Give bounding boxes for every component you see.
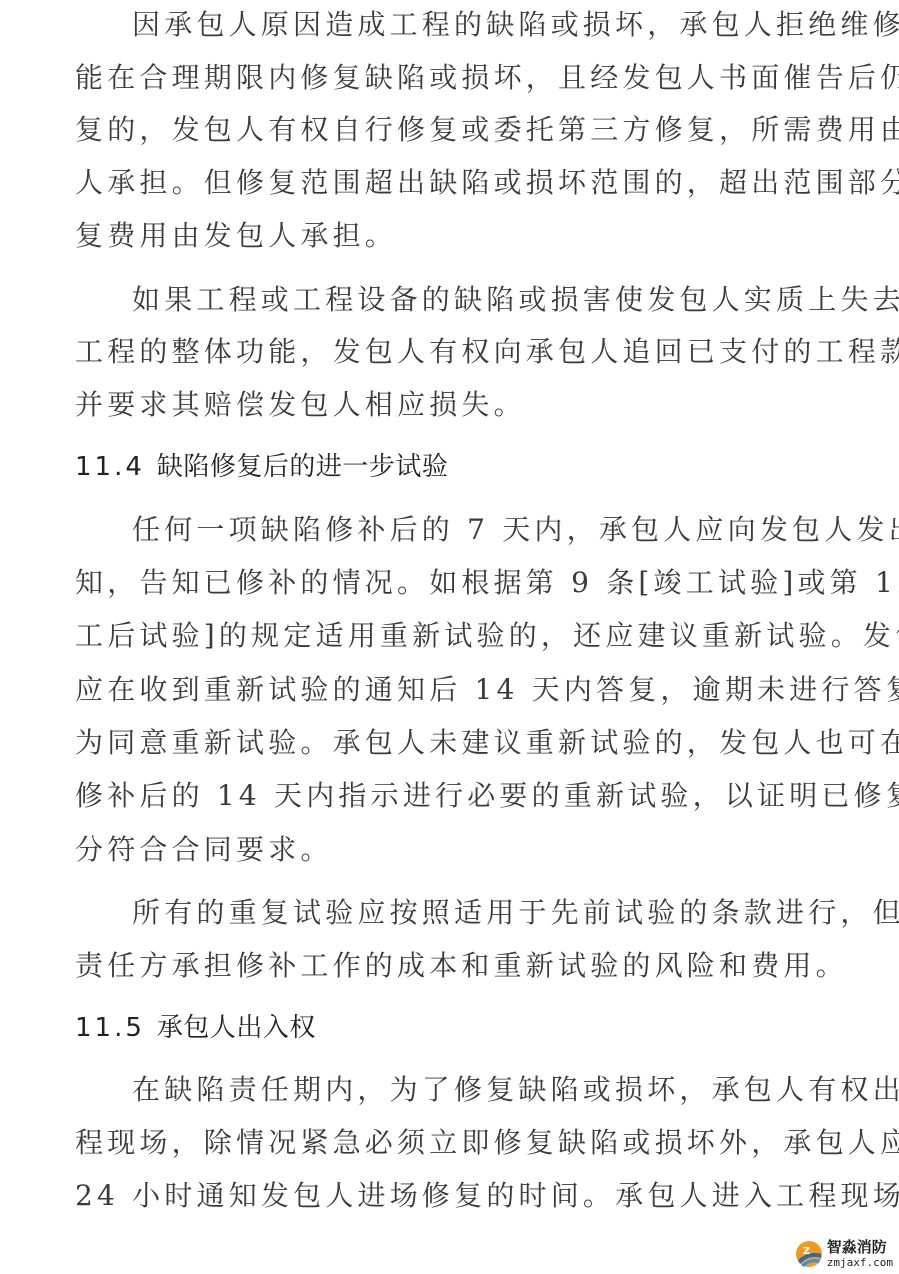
text-line: 责任方承担修补工作的成本和重新试验的风险和费用。 xyxy=(75,948,835,984)
text-line: 程现场，除情况紧急必须立即修复缺陷或损坏外，承包人应提前 xyxy=(75,1125,835,1161)
section-number: 11.4 xyxy=(75,452,145,482)
section-title: 缺陷修复后的进一步试验 xyxy=(157,452,449,482)
text-line: 所有的重复试验应按照适用于先前试验的条款进行，但应由 xyxy=(132,895,892,931)
text-line: 24 小时通知发包人进场修复的时间。承包人进入工程现场前应 xyxy=(75,1178,835,1214)
text-line: 因承包人原因造成工程的缺陷或损坏，承包人拒绝维修或未 xyxy=(132,7,892,43)
text-line: 能在合理期限内修复缺陷或损坏，且经发包人书面催告后仍未修 xyxy=(75,60,835,96)
watermark-name: 智淼消防 xyxy=(827,1240,893,1255)
text-line: 如果工程或工程设备的缺陷或损害使发包人实质上失去了 xyxy=(132,282,892,318)
text-line: 分符合合同要求。 xyxy=(75,832,835,868)
text-line: 在缺陷责任期内，为了修复缺陷或损坏，承包人有权出入工 xyxy=(132,1072,892,1108)
text-line: 为同意重新试验。承包人未建议重新试验的，发包人也可在缺陷 xyxy=(75,725,835,761)
text-line: 应在收到重新试验的通知后 14 天内答复，逾期未进行答复的视 xyxy=(75,672,835,708)
text-line: 人承担。但修复范围超出缺陷或损坏范围的，超出范围部分的修 xyxy=(75,165,835,201)
text-line: 复费用由发包人承担。 xyxy=(75,218,835,254)
watermark: Z 智淼消防 zmjaxf.com xyxy=(795,1240,893,1268)
svg-text:Z: Z xyxy=(803,1246,810,1257)
text-line: 修补后的 14 天内指示进行必要的重新试验，以证明已修复的部 xyxy=(75,778,835,814)
text-line: 复的，发包人有权自行修复或委托第三方修复，所需费用由承包 xyxy=(75,112,835,148)
zm-logo-icon: Z xyxy=(795,1240,823,1268)
section-title: 承包人出入权 xyxy=(157,1013,316,1043)
section-heading-11-5: 11.5承包人出入权 xyxy=(75,1011,316,1045)
text-line: 任何一项缺陷修补后的 7 天内，承包人应向发包人发出通 xyxy=(132,512,892,548)
text-line: 工后试验]的规定适用重新试验的，还应建议重新试验。发包人 xyxy=(75,618,835,654)
text-line: 并要求其赔偿发包人相应损失。 xyxy=(75,387,835,423)
section-heading-11-4: 11.4缺陷修复后的进一步试验 xyxy=(75,450,448,484)
text-line: 知，告知已修补的情况。如根据第 9 条[竣工试验]或第 12 条[竣 xyxy=(75,565,835,601)
watermark-url: zmjaxf.com xyxy=(827,1257,893,1268)
section-number: 11.5 xyxy=(75,1013,145,1043)
text-line: 工程的整体功能，发包人有权向承包人追回已支付的工程款项， xyxy=(75,334,835,370)
